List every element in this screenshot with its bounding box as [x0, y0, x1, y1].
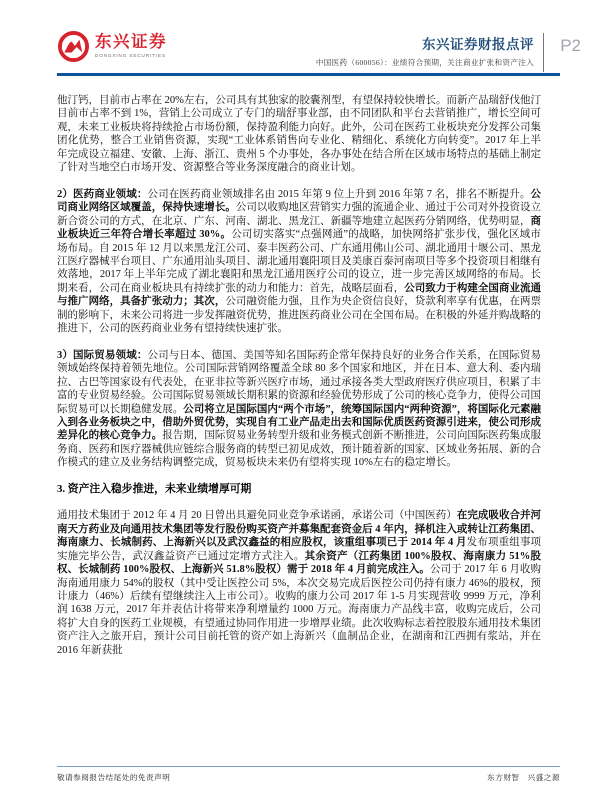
- report-page: 东兴证券 DONGXING SECURITIES 东兴证券财报点评 中国医药（6…: [0, 0, 596, 808]
- section-heading: 3. 资产注入稳步推进，未来业绩增厚可期: [57, 483, 541, 496]
- body-paragraph: 2）医药商业领域：公司在医药商业领域排名由 2015 年第 9 位上升到 201…: [57, 188, 541, 336]
- text-run-bold: 2）医药商业领域：: [57, 189, 147, 200]
- dongxing-logo-icon: [57, 30, 90, 63]
- footer-disclaimer: 敬请参阅报告结尾处的免责声明: [57, 772, 170, 783]
- text-run: 通用技术集团于 2012 年 4 月 20 日曾出具避免同业竞争承诺函，承诺公司…: [57, 510, 457, 521]
- body-paragraph: 他汀钙，目前市占率在 20%左右，公司具有其独家的胶囊剂型，有望保持较快增长。而…: [57, 94, 541, 175]
- text-run: 他汀钙，目前市占率在 20%左右，公司具有其独家的胶囊剂型，有望保持较快增长。而…: [57, 95, 541, 173]
- report-series-title: 东兴证券财报点评: [214, 33, 534, 53]
- report-header-block: 东兴证券财报点评 中国医药（600056）：业绩符合预期，关注商业扩张和资产注入: [214, 33, 544, 72]
- header-divider-rule: [57, 73, 560, 76]
- body-paragraph: 通用技术集团于 2012 年 4 月 20 日曾出具避免同业竞争承诺函，承诺公司…: [57, 509, 541, 657]
- body-paragraph: 3）国际贸易领域：公司与日本、德国、美国等知名国际药企常年保持良好的业务合作关系…: [57, 349, 541, 470]
- page-footer: 敬请参阅报告结尾处的免责声明 东方财智 兴盛之源: [57, 766, 560, 783]
- page-number: P2: [560, 36, 581, 56]
- dongxing-logo: 东兴证券 DONGXING SECURITIES: [57, 30, 167, 63]
- text-run: 公司在医药商业领域排名由 2015 年第 9 位上升到 2016 年第 7 名，…: [147, 189, 530, 200]
- brand-text: 东兴证券 DONGXING SECURITIES: [95, 34, 167, 58]
- document-body: 他汀钙，目前市占率在 20%左右，公司具有其独家的胶囊剂型，有望保持较快增长。而…: [57, 94, 541, 670]
- text-run: 公司于 2017 年 6 月收购海南通用康力 54%的股权（其中受让医控公司 5…: [57, 564, 541, 656]
- brand-name-cn: 东兴证券: [95, 34, 167, 51]
- text-run-bold: 3. 资产注入稳步推进，未来业绩增厚可期: [57, 483, 251, 495]
- footer-slogan: 东方财智 兴盛之源: [487, 772, 560, 783]
- report-subtitle: 中国医药（600056）：业绩符合预期，关注商业扩张和资产注入: [214, 57, 534, 68]
- text-run-bold: 3）国际贸易领域：: [57, 350, 148, 361]
- brand-name-en: DONGXING SECURITIES: [95, 54, 167, 59]
